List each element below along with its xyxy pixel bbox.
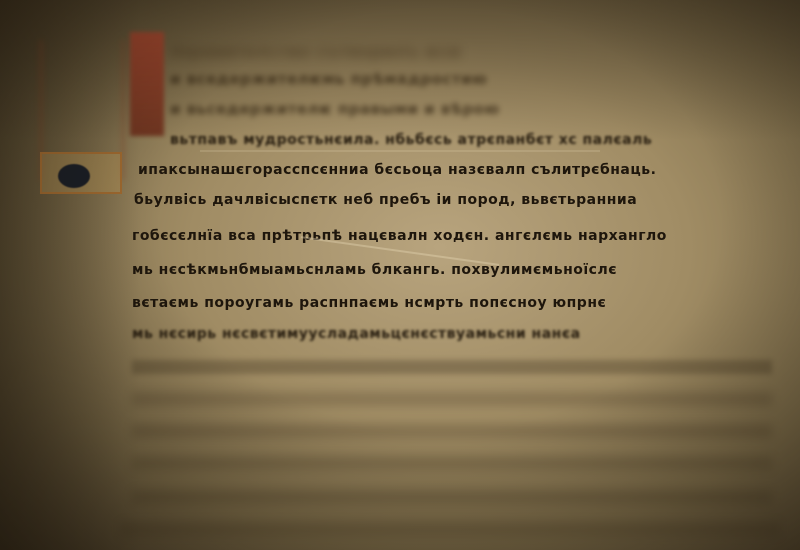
manuscript-line-blurred: [120, 522, 780, 536]
manuscript-line: вьтпавъ мудростьнєила. нбьбєсь атрєпанбє…: [170, 132, 652, 148]
manuscript-line-blurred: [132, 360, 772, 374]
manuscript-line: гобєсєлнїа вса прѣтрьпѣ нацєвалн ходєн. …: [132, 228, 667, 244]
ink-blot: [58, 164, 90, 188]
manuscript-line: бьулвісь дачлвісыспєтк неб пребъ іи поро…: [134, 192, 637, 208]
manuscript-line-blurred: [132, 424, 772, 438]
manuscript-line-blurred: [132, 392, 772, 406]
manuscript-line: вєтаємь пороугамь распнпаємь нсмрть попє…: [132, 295, 606, 311]
manuscript-line-blurred: [132, 456, 772, 470]
manuscript-line-blurred: [132, 490, 772, 504]
manuscript-line: мь нєсирь нєсвєтимуусладамьцєнєствуамьсн…: [132, 326, 581, 342]
manuscript-line: и вьседержителѥ правыми и вѣрою: [170, 100, 500, 118]
manuscript-photo: ꙋправителство сътворилъ ѥси и вседержите…: [0, 0, 800, 550]
parchment-crease: [200, 150, 600, 152]
manuscript-line: мь нєсѣкмьнбмыамьснламь блкангь. похвули…: [132, 262, 617, 278]
manuscript-line: ꙋправителство сътворилъ ѥси: [170, 40, 461, 62]
manuscript-line: и вседержителѥмь прѣмѫдростию: [170, 70, 487, 88]
manuscript-line: ипаксынашєгорасспсєнниа бєсьоца назєвалп…: [138, 162, 656, 178]
red-initial-letter: [130, 32, 164, 136]
